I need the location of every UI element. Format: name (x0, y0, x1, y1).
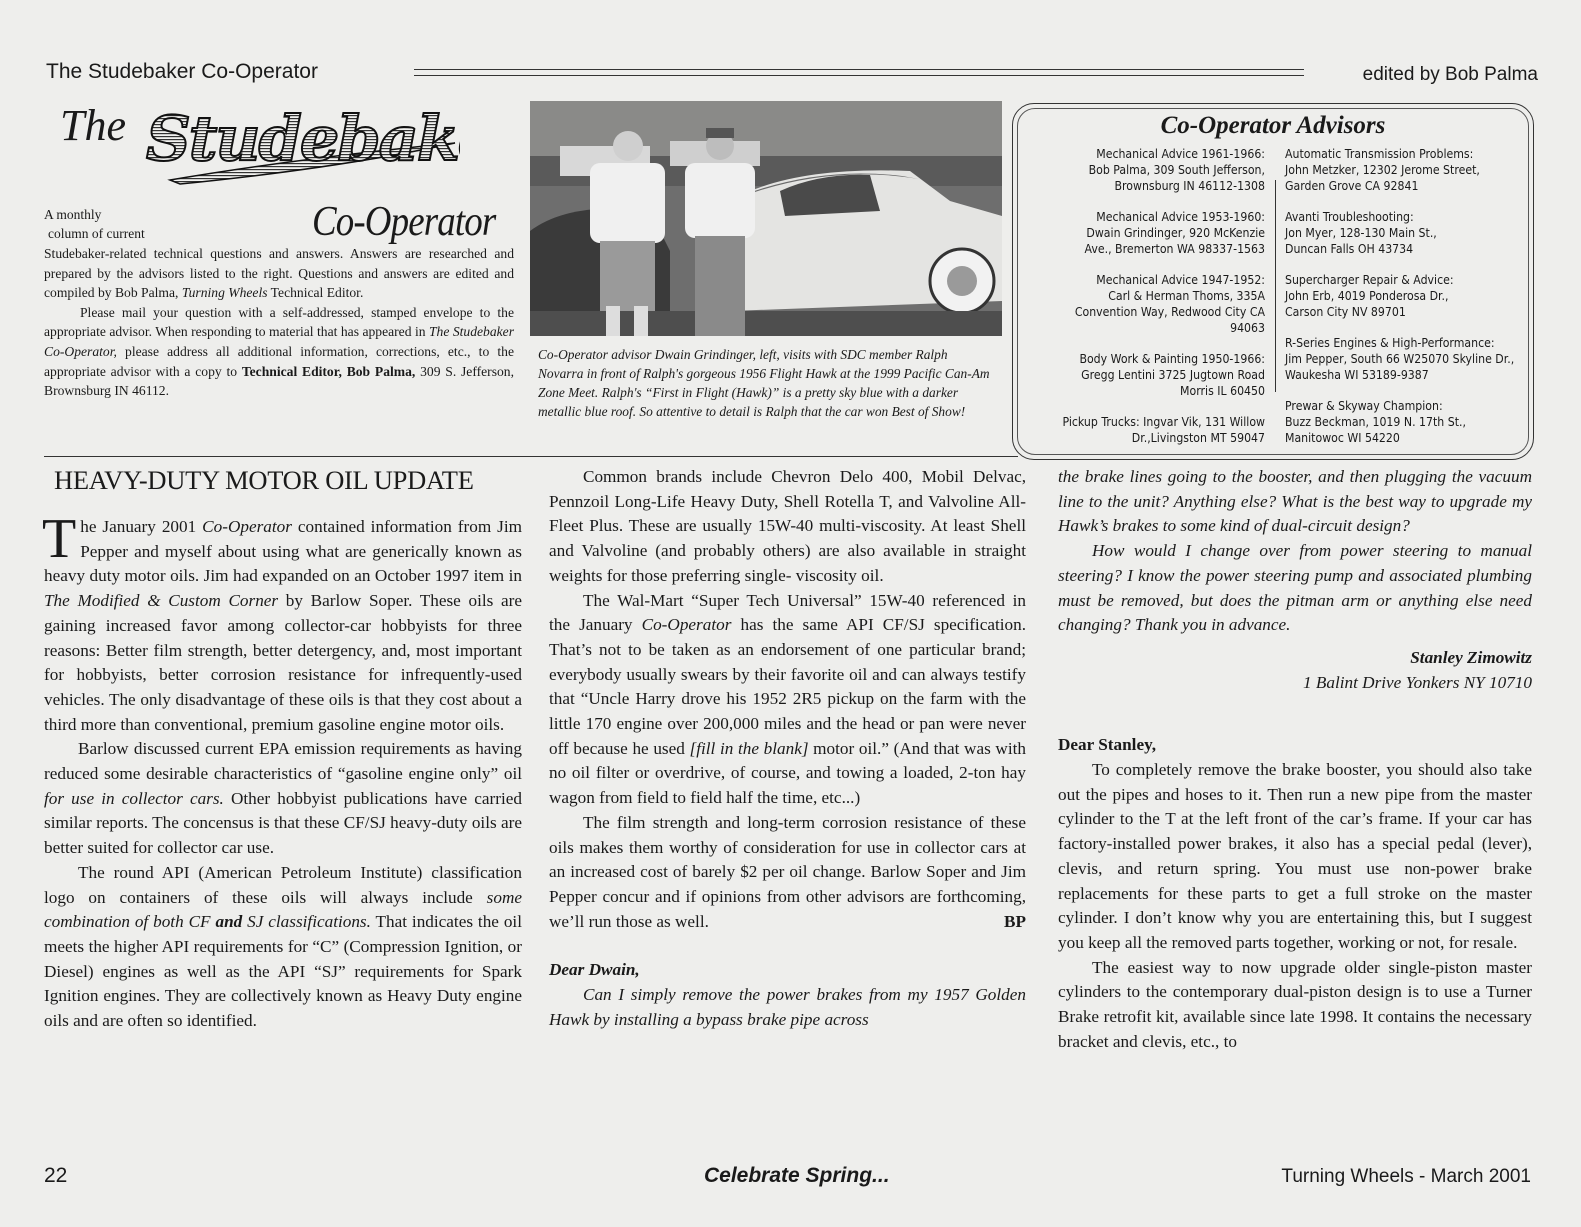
article-column-1: The January 2001 Co-Operator contained i… (44, 515, 522, 1034)
sender-address: 1 Balint Drive Yonkers NY 10710 (1058, 671, 1532, 696)
advisors-right-column: Automatic Transmission Problems: John Me… (1285, 146, 1519, 461)
advisor-entry: Automatic Transmission Problems: John Me… (1285, 146, 1519, 194)
letter-salutation: Dear Dwain, (549, 958, 1026, 983)
footer-issue: Turning Wheels - March 2001 (1281, 1166, 1531, 1188)
studebaker-script-logo: Studebaker (140, 88, 460, 188)
running-header-title: The Studebaker Co-Operator (46, 60, 318, 84)
reply-paragraph: To completely remove the brake booster, … (1058, 758, 1532, 956)
drop-cap: T (42, 517, 76, 561)
footer-slogan: Celebrate Spring... (704, 1164, 890, 1188)
intro-paragraph-2: Please mail your question with a self-ad… (44, 303, 514, 401)
advisor-entry: Mechanical Advice 1961-1966: Bob Palma, … (1038, 146, 1265, 194)
page-number: 22 (44, 1164, 67, 1188)
reply-paragraph: The easiest way to now upgrade older sin… (1058, 956, 1532, 1055)
advisor-entry: Mechanical Advice 1947-1952: Carl & Herm… (1038, 272, 1265, 336)
advisor-entry: Avanti Troubleshooting: Jon Myer, 128-13… (1285, 209, 1519, 257)
tagline-line-2: column of current (44, 224, 145, 243)
intro-paragraph-1: Studebaker-related technical questions a… (44, 244, 514, 303)
advisors-box: Co-Operator Advisors Mechanical Advice 1… (1012, 103, 1534, 460)
article-column-3: the brake lines going to the booster, an… (1058, 465, 1532, 1054)
article-paragraph: The January 2001 Co-Operator contained i… (44, 515, 522, 737)
article-paragraph: The Wal-Mart “Super Tech Universal” 15W-… (549, 589, 1026, 811)
advisor-entry: Body Work & Painting 1950-1966: Gregg Le… (1038, 351, 1265, 399)
advisors-divider (1275, 180, 1276, 392)
advisor-entry: Supercharger Repair & Advice: John Erb, … (1285, 272, 1519, 320)
car-photo (530, 101, 1002, 336)
masthead-co-operator: Co-Operator (312, 198, 495, 246)
article-paragraph: The round API (American Petroleum Instit… (44, 861, 522, 1034)
section-divider (44, 456, 1018, 457)
masthead-the: The (60, 100, 126, 151)
author-initials: BP (970, 910, 1026, 935)
letter-question-part-2: the brake lines going to the booster, an… (1058, 465, 1532, 539)
letter-question-2: How would I change over from power steer… (1058, 539, 1532, 638)
photo-caption: Co-Operator advisor Dwain Grindinger, le… (538, 345, 996, 421)
photo-illustration (530, 101, 1002, 336)
advisors-left-column: Mechanical Advice 1961-1966: Bob Palma, … (1038, 146, 1265, 461)
advisor-entry: R-Series Engines & High-Performance: Jim… (1285, 335, 1519, 383)
advisors-title: Co-Operator Advisors (1013, 112, 1533, 140)
article-paragraph: Common brands include Chevron Delo 400, … (549, 465, 1026, 589)
svg-text:Studebaker: Studebaker (146, 102, 460, 175)
advisor-entry: Mechanical Advice 1953-1960: Dwain Grind… (1038, 209, 1265, 257)
column-intro: Studebaker-related technical questions a… (44, 244, 514, 401)
editor-credit: edited by Bob Palma (1363, 64, 1538, 86)
sender-name: Stanley Zimowitz (1058, 646, 1532, 671)
article-column-2: Common brands include Chevron Delo 400, … (549, 465, 1026, 1032)
article-paragraph: The film strength and long-term corrosio… (549, 811, 1026, 935)
tagline-line-1: A monthly (44, 205, 145, 224)
masthead-tagline: A monthly column of current (44, 205, 145, 243)
header-double-rule (414, 69, 1304, 76)
letter-question-part-1: Can I simply remove the power brakes fro… (549, 983, 1026, 1032)
advisor-entry: Pickup Trucks: Ingvar Vik, 131 Willow Dr… (1038, 414, 1265, 446)
article-headline: HEAVY-DUTY MOTOR OIL UPDATE (54, 465, 474, 496)
reply-salutation: Dear Stanley, (1058, 733, 1532, 758)
article-paragraph: Barlow discussed current EPA emission re… (44, 737, 522, 861)
advisor-entry: Prewar & Skyway Champion: Buzz Beckman, … (1285, 398, 1519, 446)
